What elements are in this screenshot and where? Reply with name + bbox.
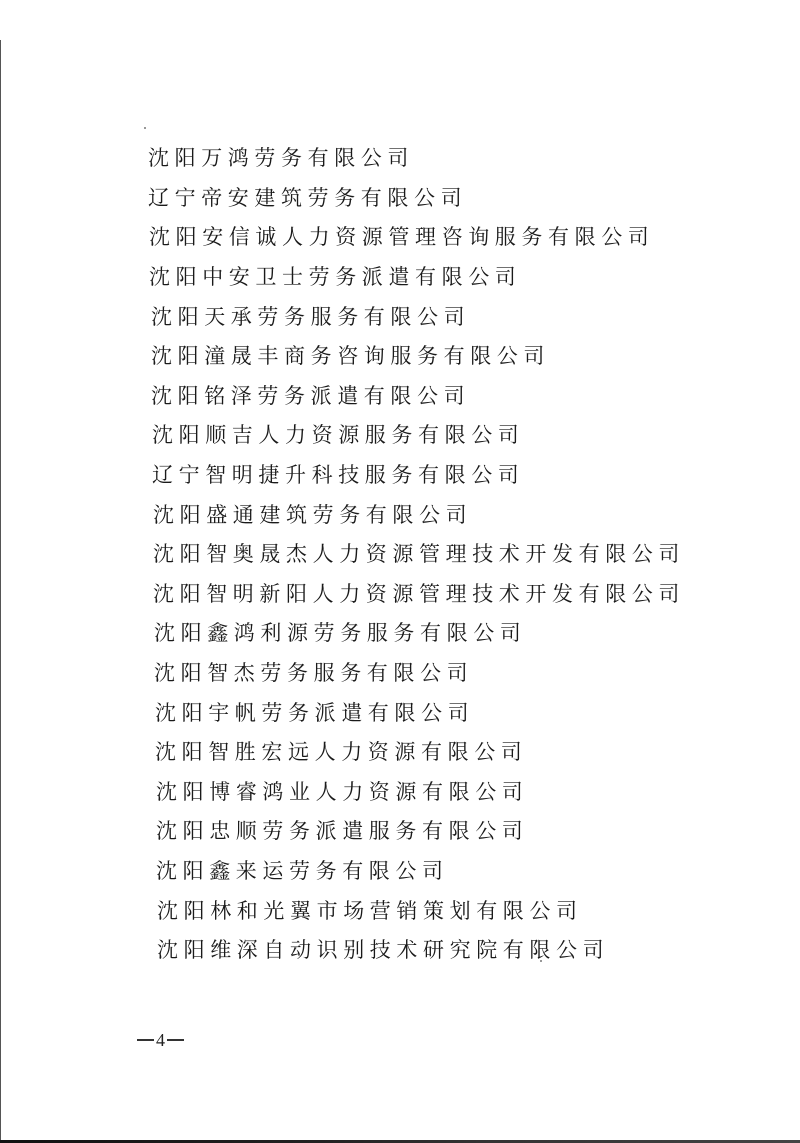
list-item: 沈阳万鸿劳务有限公司 xyxy=(148,146,414,170)
list-item: 沈阳中安卫士劳务派遣有限公司 xyxy=(149,265,521,289)
page-number-dash-right xyxy=(167,1039,184,1041)
list-item: 沈阳博睿鸿业人力资源有限公司 xyxy=(156,780,528,804)
list-item: 沈阳维深自动识别技术研究院有限公司 xyxy=(157,938,609,962)
list-item: 沈阳盛通建筑劳务有限公司 xyxy=(153,503,472,527)
list-item: 辽宁帝安建筑劳务有限公司 xyxy=(148,186,467,210)
list-item: 沈阳智奥晟杰人力资源管理技术开发有限公司 xyxy=(153,542,685,566)
list-item: 沈阳宇帆劳务派遣有限公司 xyxy=(155,701,474,725)
scan-speck xyxy=(144,127,146,129)
list-item: 沈阳智杰劳务服务有限公司 xyxy=(154,661,473,685)
list-item: 沈阳鑫来运劳务有限公司 xyxy=(156,859,449,883)
list-item: 沈阳鑫鸿利源劳务服务有限公司 xyxy=(154,621,526,645)
list-item: 沈阳顺吉人力资源服务有限公司 xyxy=(152,423,524,447)
list-item: 沈阳智明新阳人力资源管理技术开发有限公司 xyxy=(153,582,685,606)
page-number: 4 xyxy=(137,1030,184,1050)
page-number-value: 4 xyxy=(156,1030,165,1050)
list-item: 沈阳天承劳务服务有限公司 xyxy=(151,305,470,329)
list-item: 沈阳林和光翼市场营销策划有限公司 xyxy=(157,899,583,923)
page-number-dash-left xyxy=(137,1039,154,1041)
list-item: 沈阳忠顺劳务派遣服务有限公司 xyxy=(156,819,528,843)
document-page: 沈阳万鸿劳务有限公司 辽宁帝安建筑劳务有限公司 沈阳安信诚人力资源管理咨询服务有… xyxy=(0,0,800,1143)
list-item: 沈阳铭泽劳务派遣有限公司 xyxy=(151,384,470,408)
list-item: 辽宁智明捷升科技服务有限公司 xyxy=(152,463,524,487)
list-item: 沈阳潼晟丰商务咨询服务有限公司 xyxy=(151,344,550,368)
scan-edge-left xyxy=(0,40,1,1143)
list-item: 沈阳智胜宏远人力资源有限公司 xyxy=(155,740,527,764)
list-item: 沈阳安信诚人力资源管理咨询服务有限公司 xyxy=(149,225,654,249)
